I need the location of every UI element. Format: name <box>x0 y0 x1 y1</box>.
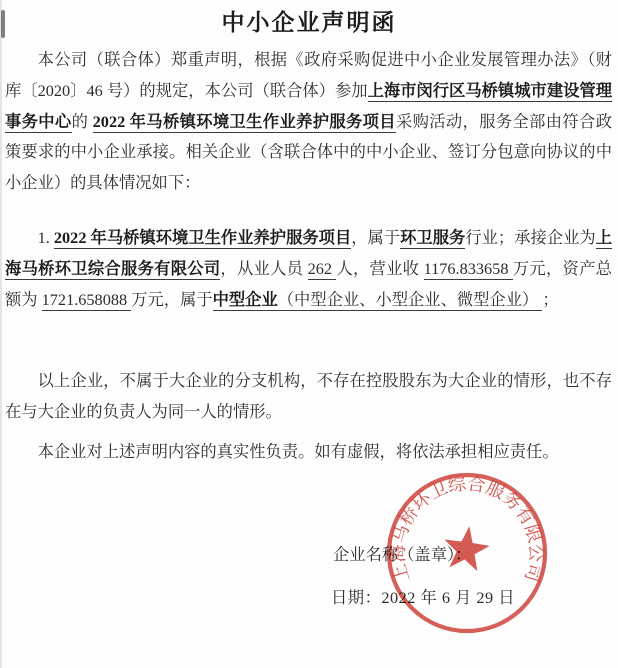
paragraph-independence: 以上企业，不属于大企业的分支机构，不存在控股股东为大企业的情形，也不存在与大企业… <box>5 366 612 428</box>
paragraph-intro: 本公司（联合体）郑重声明，根据《政府采购促进中小企业发展管理办法》（财库〔202… <box>5 45 612 199</box>
text-segment: 行业；承接企业为 <box>465 228 595 247</box>
scan-edge-artifact <box>0 0 2 668</box>
paragraph-item1: 1. 2022 年马桥镇环境卫生作业养护服务项目，属于环卫服务行业；承接企业为上… <box>5 223 612 315</box>
text-segment: 1176.833658 <box>424 259 513 280</box>
text-segment: ，从业人员 <box>220 259 307 278</box>
company-seal-label: 企业名称（盖章）： <box>333 545 471 565</box>
sme-declaration-document: 中小企业声明函 本公司（联合体）郑重声明，根据《政府采购促进中小企业发展管理办法… <box>0 0 618 668</box>
text-segment: 的 <box>72 112 93 131</box>
text-segment: 中型企业 <box>213 290 278 311</box>
text-segment: 1721.658088 <box>42 290 132 311</box>
text-segment: 环卫服务 <box>400 228 465 249</box>
text-segment: 人，营业收 <box>336 259 423 278</box>
text-segment: 万元，属于 <box>131 290 212 309</box>
paragraph-responsibility: 本企业对上述声明内容的真实性负责。如有虚假，将依法承担相应责任。 <box>5 437 612 468</box>
text-segment: 262 <box>308 259 337 280</box>
text-segment: 2022 年马桥镇环境卫生作业养护服务项目 <box>93 112 396 133</box>
text-segment: ，属于 <box>351 228 400 247</box>
text-segment: 本企业对上述声明内容的真实性负责。如有虚假，将依法承担相应责任。 <box>38 442 559 461</box>
text-segment: 2022 年马桥镇环境卫生作业养护服务项目 <box>54 228 351 249</box>
stamp-company-text: 上海马桥环卫综合服务有限公司 <box>388 473 546 584</box>
text-segment: ； <box>542 290 558 309</box>
text-segment: 1. <box>38 228 54 247</box>
document-title: 中小企业声明函 <box>0 4 618 37</box>
text-segment: 以上企业，不属于大企业的分支机构，不存在控股股东为大企业的情形，也不存在与大企业… <box>5 371 612 421</box>
text-segment: （中型企业、小型企业、微型企业） <box>278 290 543 311</box>
date-line: 日期：2022 年 6 月 29 日 <box>331 588 515 608</box>
